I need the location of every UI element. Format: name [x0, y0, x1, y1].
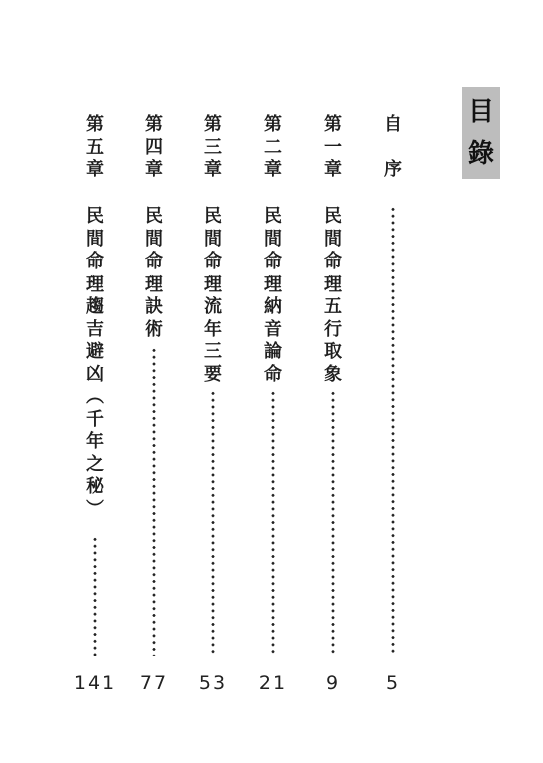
- entry-title: 民 間 命 理 趨 吉 避 凶 ︵ 千 年 之 秘 ︶: [80, 206, 110, 521]
- chapter-label: 第 二 章: [258, 114, 288, 182]
- leader-dots: [93, 536, 97, 656]
- page-number: 5: [363, 672, 423, 694]
- chapter-label: 第 五 章: [80, 114, 110, 182]
- page-number: 141: [65, 672, 125, 694]
- entry-title: 民 間 命 理 五 行 取 象: [318, 206, 348, 386]
- leader-dots: [211, 390, 215, 656]
- leader-dots: [331, 390, 335, 656]
- chapter-label: 第 一 章: [318, 114, 348, 182]
- heading-char: 目: [462, 97, 500, 127]
- leader-dots: [271, 390, 275, 656]
- chapter-label: 第 三 章: [198, 114, 228, 182]
- leader-dots: [391, 206, 395, 656]
- leader-dots: [152, 347, 156, 656]
- page-number: 77: [124, 672, 184, 694]
- page-number: 9: [303, 672, 363, 694]
- page-number: 53: [183, 672, 243, 694]
- entry-title: 自 序: [378, 114, 408, 181]
- entry-title: 民 間 命 理 流 年 三 要: [198, 206, 228, 386]
- entry-title: 民 間 命 理 訣 術: [139, 206, 169, 341]
- entry-title: 民 間 命 理 納 音 論 命: [258, 206, 288, 386]
- heading-char: 錄: [462, 139, 500, 169]
- page-number: 21: [243, 672, 303, 694]
- toc-heading: 目 錄: [462, 87, 500, 179]
- chapter-label: 第 四 章: [139, 114, 169, 182]
